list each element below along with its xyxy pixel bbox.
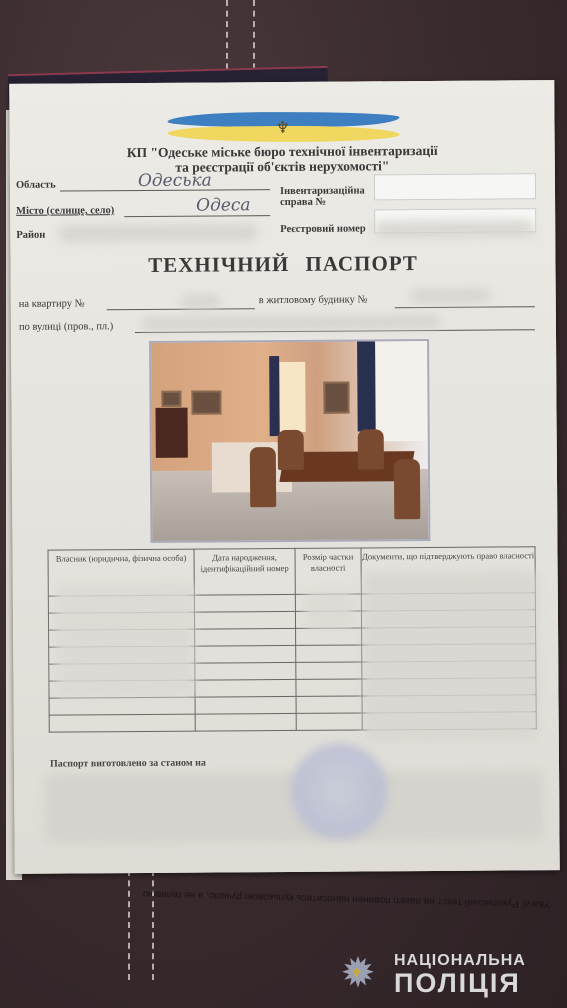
building-label: в житловому будинку № <box>259 294 368 306</box>
document-title: ТЕХНІЧНИЙ ПАСПОРТ <box>10 250 555 279</box>
city-value: Одеса <box>196 195 251 215</box>
prepared-date-label: Паспорт виготовлено за станом на <box>50 758 206 770</box>
apartment-value-redacted <box>181 294 221 308</box>
building-value-redacted <box>411 289 491 304</box>
district-label: Район <box>16 230 45 241</box>
street-label: по вулиці (пров., пл.) <box>19 321 113 333</box>
apartment-label: на квартиру № <box>19 298 85 309</box>
trident-icon: ♆ <box>351 966 362 981</box>
district-value-redacted <box>58 224 258 241</box>
street-value-redacted <box>141 315 441 331</box>
city-label: Місто (селище, село) <box>16 205 114 217</box>
share-redacted <box>305 590 355 630</box>
oblast-label: Область <box>16 180 56 191</box>
watermark-line2: ПОЛІЦІЯ <box>394 968 521 999</box>
interior-dining-room-photo <box>149 339 430 543</box>
oblast-value: Одеська <box>138 171 212 192</box>
stitching <box>152 870 154 980</box>
stamp-redacted <box>284 741 395 842</box>
column-birth-id: Дата народження, ідентифікаційний номер <box>194 548 295 595</box>
stitching <box>128 870 130 980</box>
ukraine-flag-trident-icon: ♆ <box>167 111 399 145</box>
documents-redacted <box>363 570 539 741</box>
inventory-label: Інвентаризаційна справа № <box>280 185 365 208</box>
apartment-line <box>107 308 255 310</box>
registry-label: Реєстровий номер <box>280 223 365 235</box>
inventory-number-field <box>374 173 536 200</box>
building-line <box>395 306 535 308</box>
organization-name: КП "Одеське міське бюро технічної інвент… <box>10 142 555 176</box>
owner-redacted <box>55 583 196 699</box>
registry-value-redacted <box>374 220 534 237</box>
police-watermark: ✹ ♆ НАЦІОНАЛЬНА ПОЛІЦІЯ <box>330 948 550 1000</box>
column-share: Розмір частки власності <box>295 548 361 594</box>
technical-passport-page: ♆ КП "Одеське міське бюро технічної інве… <box>9 80 560 874</box>
